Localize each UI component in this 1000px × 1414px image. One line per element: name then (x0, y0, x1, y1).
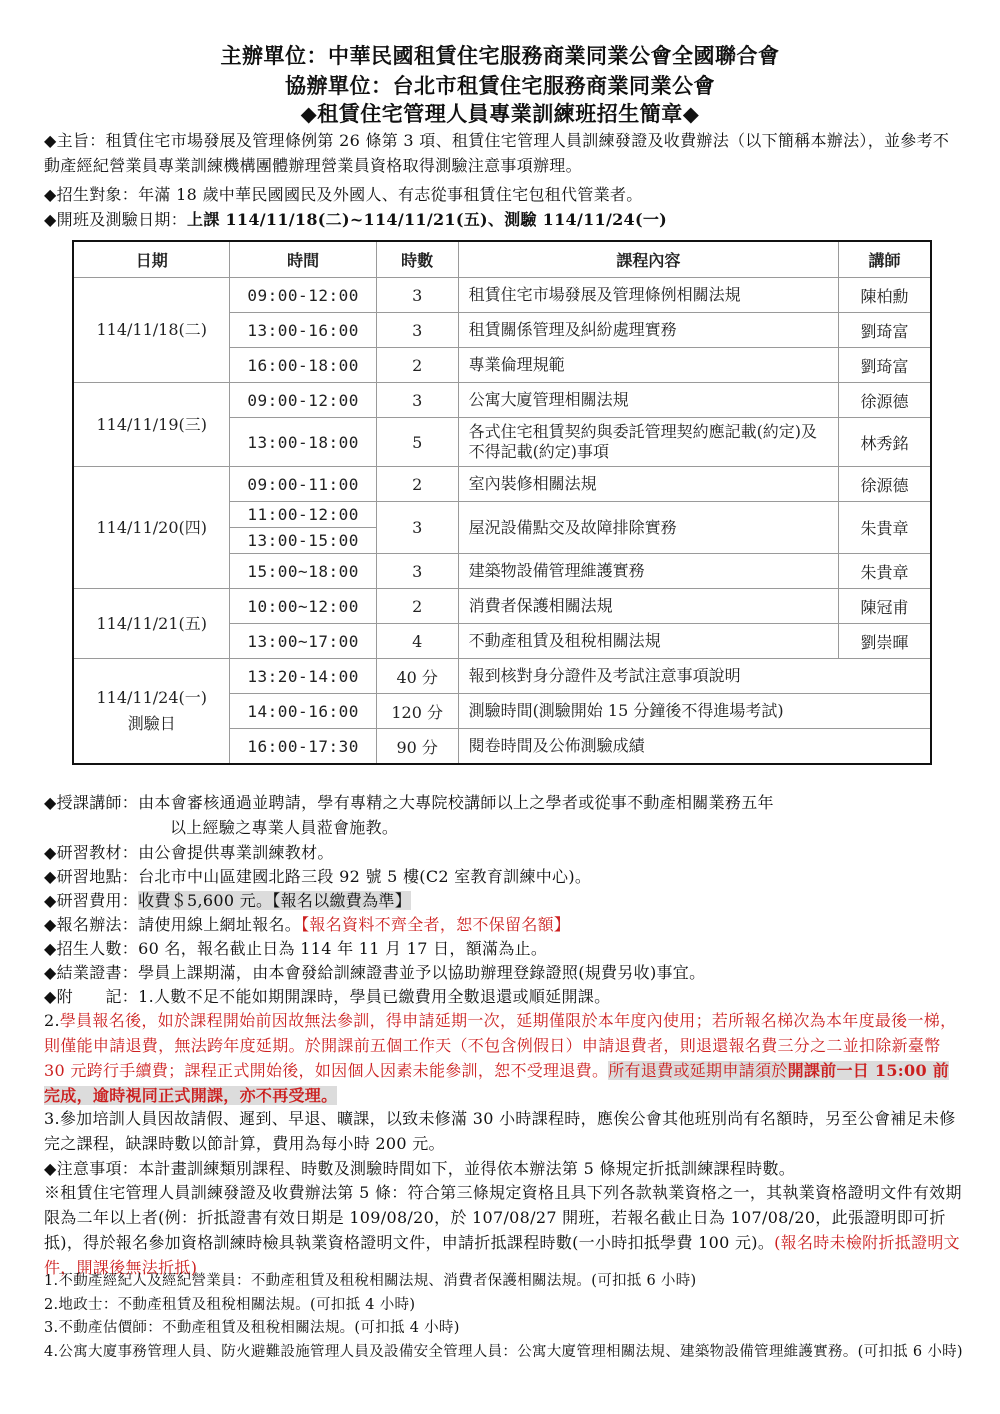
teacher-cell: 朱貴章 (839, 554, 931, 589)
hours-cell: 4 (376, 624, 458, 659)
time-cell: 13:00-18:00 (230, 418, 376, 467)
table-header-row: 日期 時間 時數 課程內容 講師 (73, 241, 931, 278)
teacher-cell: 林秀銘 (839, 418, 931, 467)
time-cell: 09:00-12:00 (230, 383, 376, 418)
header-hours: 時數 (376, 241, 458, 278)
target-text: 年滿 18 歲中華民國國民及外國人、有志從事租賃住宅包租代管業者。 (138, 185, 642, 204)
content-cell: 消費者保護相關法規 (458, 589, 839, 624)
time-cell: 09:00-11:00 (230, 467, 376, 502)
hours-cell: 3 (376, 383, 458, 418)
material-text: 由公會提供專業訓練教材。 (138, 843, 334, 862)
co-organizer-line: 協辦單位：台北市租賃住宅服務商業同業公會 (0, 70, 1000, 100)
attention-text: 本計畫訓練類別課程、時數及測驗時間如下，並得依本辦法第 5 條規定折抵訓練課程時… (138, 1159, 795, 1178)
content-cell: 屋況設備點交及故障排除實務 (458, 502, 839, 554)
material-label: ◆研習教材： (44, 843, 138, 862)
date-cell: 114/11/19(三) (73, 383, 230, 467)
deduction-item: 2.地政士：不動產租賃及租稅相關法規。(可扣抵 4 小時) (44, 1294, 964, 1318)
dates-label: ◆開班及測驗日期： (44, 210, 187, 229)
purpose-section: ◆主旨：租賃住宅市場發展及管理條例第 26 條第 3 項、租賃住宅管理人員訓練發… (44, 128, 964, 178)
teacher-cell: 陳冠甫 (839, 589, 931, 624)
teacher-cell: 劉崇暉 (839, 624, 931, 659)
fee-text: 收費＄5,600 元。【報名以繳費為準】 (138, 891, 411, 910)
purpose-label: ◆主旨： (44, 131, 106, 150)
material-section: ◆研習教材：由公會提供專業訓練教材。 (44, 840, 964, 865)
quota-text: 60 名，報名截止日為 114 年 11 月 17 日，額滿為止。 (138, 939, 547, 958)
attention-section: ◆注意事項：本計畫訓練類別課程、時數及測驗時間如下，並得依本辦法第 5 條規定折… (44, 1156, 964, 1181)
instructor-text-cont: 以上經驗之專業人員蒞會施教。 (44, 815, 398, 840)
content-cell: 不動產租賃及租稅相關法規 (458, 624, 839, 659)
signup-label: ◆報名辦法： (44, 915, 138, 934)
header-date: 日期 (73, 241, 230, 278)
hours-cell: 120 分 (376, 694, 458, 729)
content-cell: 報到核對身分證件及考試注意事項說明 (458, 659, 931, 694)
teacher-cell: 徐源德 (839, 383, 931, 418)
time-cell: 16:00-18:00 (230, 348, 376, 383)
date-cell: 114/11/24(一) 測驗日 (73, 659, 230, 765)
signup-text: 請使用線上網址報名。 (138, 915, 301, 934)
teacher-cell: 劉琦富 (839, 313, 931, 348)
time-cell: 10:00~12:00 (230, 589, 376, 624)
table-row: 114/11/24(一) 測驗日 13:20-14:00 40 分 報到核對身分… (73, 659, 931, 694)
date-cell: 114/11/21(五) (73, 589, 230, 659)
content-cell: 建築物設備管理維護實務 (458, 554, 839, 589)
time-cell: 13:00-16:00 (230, 313, 376, 348)
teacher-cell: 朱貴章 (839, 502, 931, 554)
hours-cell: 3 (376, 278, 458, 313)
teacher-cell: 劉琦富 (839, 348, 931, 383)
location-label: ◆研習地點： (44, 867, 138, 886)
header-teacher: 講師 (839, 241, 931, 278)
time-cell: 09:00-12:00 (230, 278, 376, 313)
teacher-cell: 徐源德 (839, 467, 931, 502)
certificate-text: 學員上課期滿，由本會發給訓練證書並予以協助辦理登錄證照(規費另收)事宜。 (138, 963, 705, 982)
time-cell: 14:00-16:00 (230, 694, 376, 729)
time-cell: 13:00~17:00 (230, 624, 376, 659)
date-cell: 114/11/18(二) (73, 278, 230, 383)
exam-date: 114/11/24(一) (82, 685, 221, 711)
deduction-item: 1.不動產經紀人及經紀營業員：不動產租賃及租稅相關法規、消費者保護相關法規。(可… (44, 1270, 964, 1294)
hours-cell: 40 分 (376, 659, 458, 694)
content-cell: 租賃關係管理及糾紛處理實務 (458, 313, 839, 348)
deduction-list: 1.不動產經紀人及經紀營業員：不動產租賃及租稅相關法規、消費者保護相關法規。(可… (44, 1270, 964, 1364)
hours-cell: 3 (376, 502, 458, 554)
content-cell: 室內裝修相關法規 (458, 467, 839, 502)
fee-section: ◆研習費用：收費＄5,600 元。【報名以繳費為準】 (44, 888, 964, 913)
note-section: ◆附 記：1.人數不足不能如期開課時，學員已繳費用全數退還或順延開課。 (44, 984, 964, 1009)
time-cell: 13:20-14:00 (230, 659, 376, 694)
note-2-num: 2. (44, 1011, 60, 1030)
table-row: 114/11/21(五) 10:00~12:00 2 消費者保護相關法規 陳冠甫 (73, 589, 931, 624)
fee-label: ◆研習費用： (44, 891, 138, 910)
certificate-label: ◆結業證書： (44, 963, 138, 982)
instructor-label: ◆授課講師： (44, 793, 138, 812)
table-row: 114/11/18(二) 09:00-12:00 3 租賃住宅市場發展及管理條例… (73, 278, 931, 313)
content-cell: 各式住宅租賃契約與委託管理契約應記載(約定)及不得記載(約定)事項 (458, 418, 839, 467)
date-cell: 114/11/20(四) (73, 467, 230, 589)
table-row: 114/11/19(三) 09:00-12:00 3 公寓大廈管理相關法規 徐源… (73, 383, 931, 418)
content-cell: 測驗時間(測驗開始 15 分鐘後不得進場考試) (458, 694, 931, 729)
hours-cell: 3 (376, 313, 458, 348)
note-2-deadline-a: 所有退費或延期申請須於 (608, 1061, 787, 1080)
organizer-line: 主辦單位：中華民國租賃住宅服務商業同業公會全國聯合會 (0, 40, 1000, 70)
purpose-text: 租賃住宅市場發展及管理條例第 26 條第 3 項、租賃住宅管理人員訓練發證及收費… (44, 131, 949, 175)
content-cell: 專業倫理規範 (458, 348, 839, 383)
hours-cell: 2 (376, 589, 458, 624)
article5-section: ※租賃住宅管理人員訓練發證及收費辦法第 5 條：符合第三條規定資格且具下列各款執… (44, 1180, 964, 1280)
time-cell: 15:00~18:00 (230, 554, 376, 589)
time-cell: 11:00-12:00 (230, 502, 376, 528)
signup-section: ◆報名辦法：請使用線上網址報名。【報名資料不齊全者，恕不保留名額】 (44, 912, 964, 937)
content-cell: 閱卷時間及公佈測驗成績 (458, 729, 931, 765)
time-cell: 13:00-15:00 (230, 528, 376, 554)
location-section: ◆研習地點：台北市中山區建國北路三段 92 號 5 樓(C2 室教育訓練中心)。 (44, 864, 964, 889)
brochure-page: 主辦單位：中華民國租賃住宅服務商業同業公會全國聯合會 協辦單位：台北市租賃住宅服… (0, 0, 1000, 1414)
time-cell: 16:00-17:30 (230, 729, 376, 765)
note-2: 2.學員報名後，如於課程開始前因故無法參訓，得申請延期一次，延期僅限於本年度內使… (44, 1008, 964, 1108)
exam-day-label: 測驗日 (82, 711, 221, 737)
hours-cell: 90 分 (376, 729, 458, 765)
schedule-table: 日期 時間 時數 課程內容 講師 114/11/18(二) 09:00-12:0… (72, 240, 932, 765)
dates-section: ◆開班及測驗日期：上課 114/11/18(二)~114/11/21(五)、測驗… (44, 207, 964, 232)
instructor-section: ◆授課講師：由本會審核通過並聘請，學有專精之大專院校講師以上之學者或從事不動產相… (44, 790, 964, 840)
hours-cell: 2 (376, 348, 458, 383)
content-cell: 租賃住宅市場發展及管理條例相關法規 (458, 278, 839, 313)
quota-section: ◆招生人數：60 名，報名截止日為 114 年 11 月 17 日，額滿為止。 (44, 936, 964, 961)
instructor-text: 由本會審核通過並聘請，學有專精之大專院校講師以上之學者或從事不動產相關業務五年 (138, 793, 774, 812)
quota-label: ◆招生人數： (44, 939, 138, 958)
hours-cell: 2 (376, 467, 458, 502)
attention-label: ◆注意事項： (44, 1159, 138, 1178)
deduction-item: 3.不動產估價師：不動產租賃及租稅相關法規。(可扣抵 4 小時) (44, 1317, 964, 1341)
note-label: ◆附 記： (44, 987, 138, 1006)
deduction-item: 4.公寓大廈事務管理人員、防火避難設施管理人員及設備安全管理人員：公寓大廈管理相… (44, 1341, 964, 1365)
table-row: 114/11/20(四) 09:00-11:00 2 室內裝修相關法規 徐源德 (73, 467, 931, 502)
header-content: 課程內容 (458, 241, 839, 278)
brochure-title: ◆租賃住宅管理人員專業訓練班招生簡章◆ (0, 98, 1000, 128)
header-time: 時間 (230, 241, 376, 278)
hours-cell: 3 (376, 554, 458, 589)
teacher-cell: 陳柏勳 (839, 278, 931, 313)
signup-warning: 【報名資料不齊全者，恕不保留名額】 (301, 915, 570, 934)
dates-text: 上課 114/11/18(二)~114/11/21(五)、測驗 114/11/2… (187, 210, 667, 229)
note-3: 3.參加培訓人員因故請假、遲到、早退、曠課，以致未修滿 30 小時課程時，應俟公… (44, 1106, 964, 1156)
hours-cell: 5 (376, 418, 458, 467)
content-cell: 公寓大廈管理相關法規 (458, 383, 839, 418)
target-section: ◆招生對象：年滿 18 歲中華民國國民及外國人、有志從事租賃住宅包租代管業者。 (44, 182, 964, 207)
note-1: 1.人數不足不能如期開課時，學員已繳費用全數退還或順延開課。 (138, 987, 610, 1006)
certificate-section: ◆結業證書：學員上課期滿，由本會發給訓練證書並予以協助辦理登錄證照(規費另收)事… (44, 960, 964, 985)
target-label: ◆招生對象： (44, 185, 138, 204)
location-text: 台北市中山區建國北路三段 92 號 5 樓(C2 室教育訓練中心)。 (138, 867, 591, 886)
